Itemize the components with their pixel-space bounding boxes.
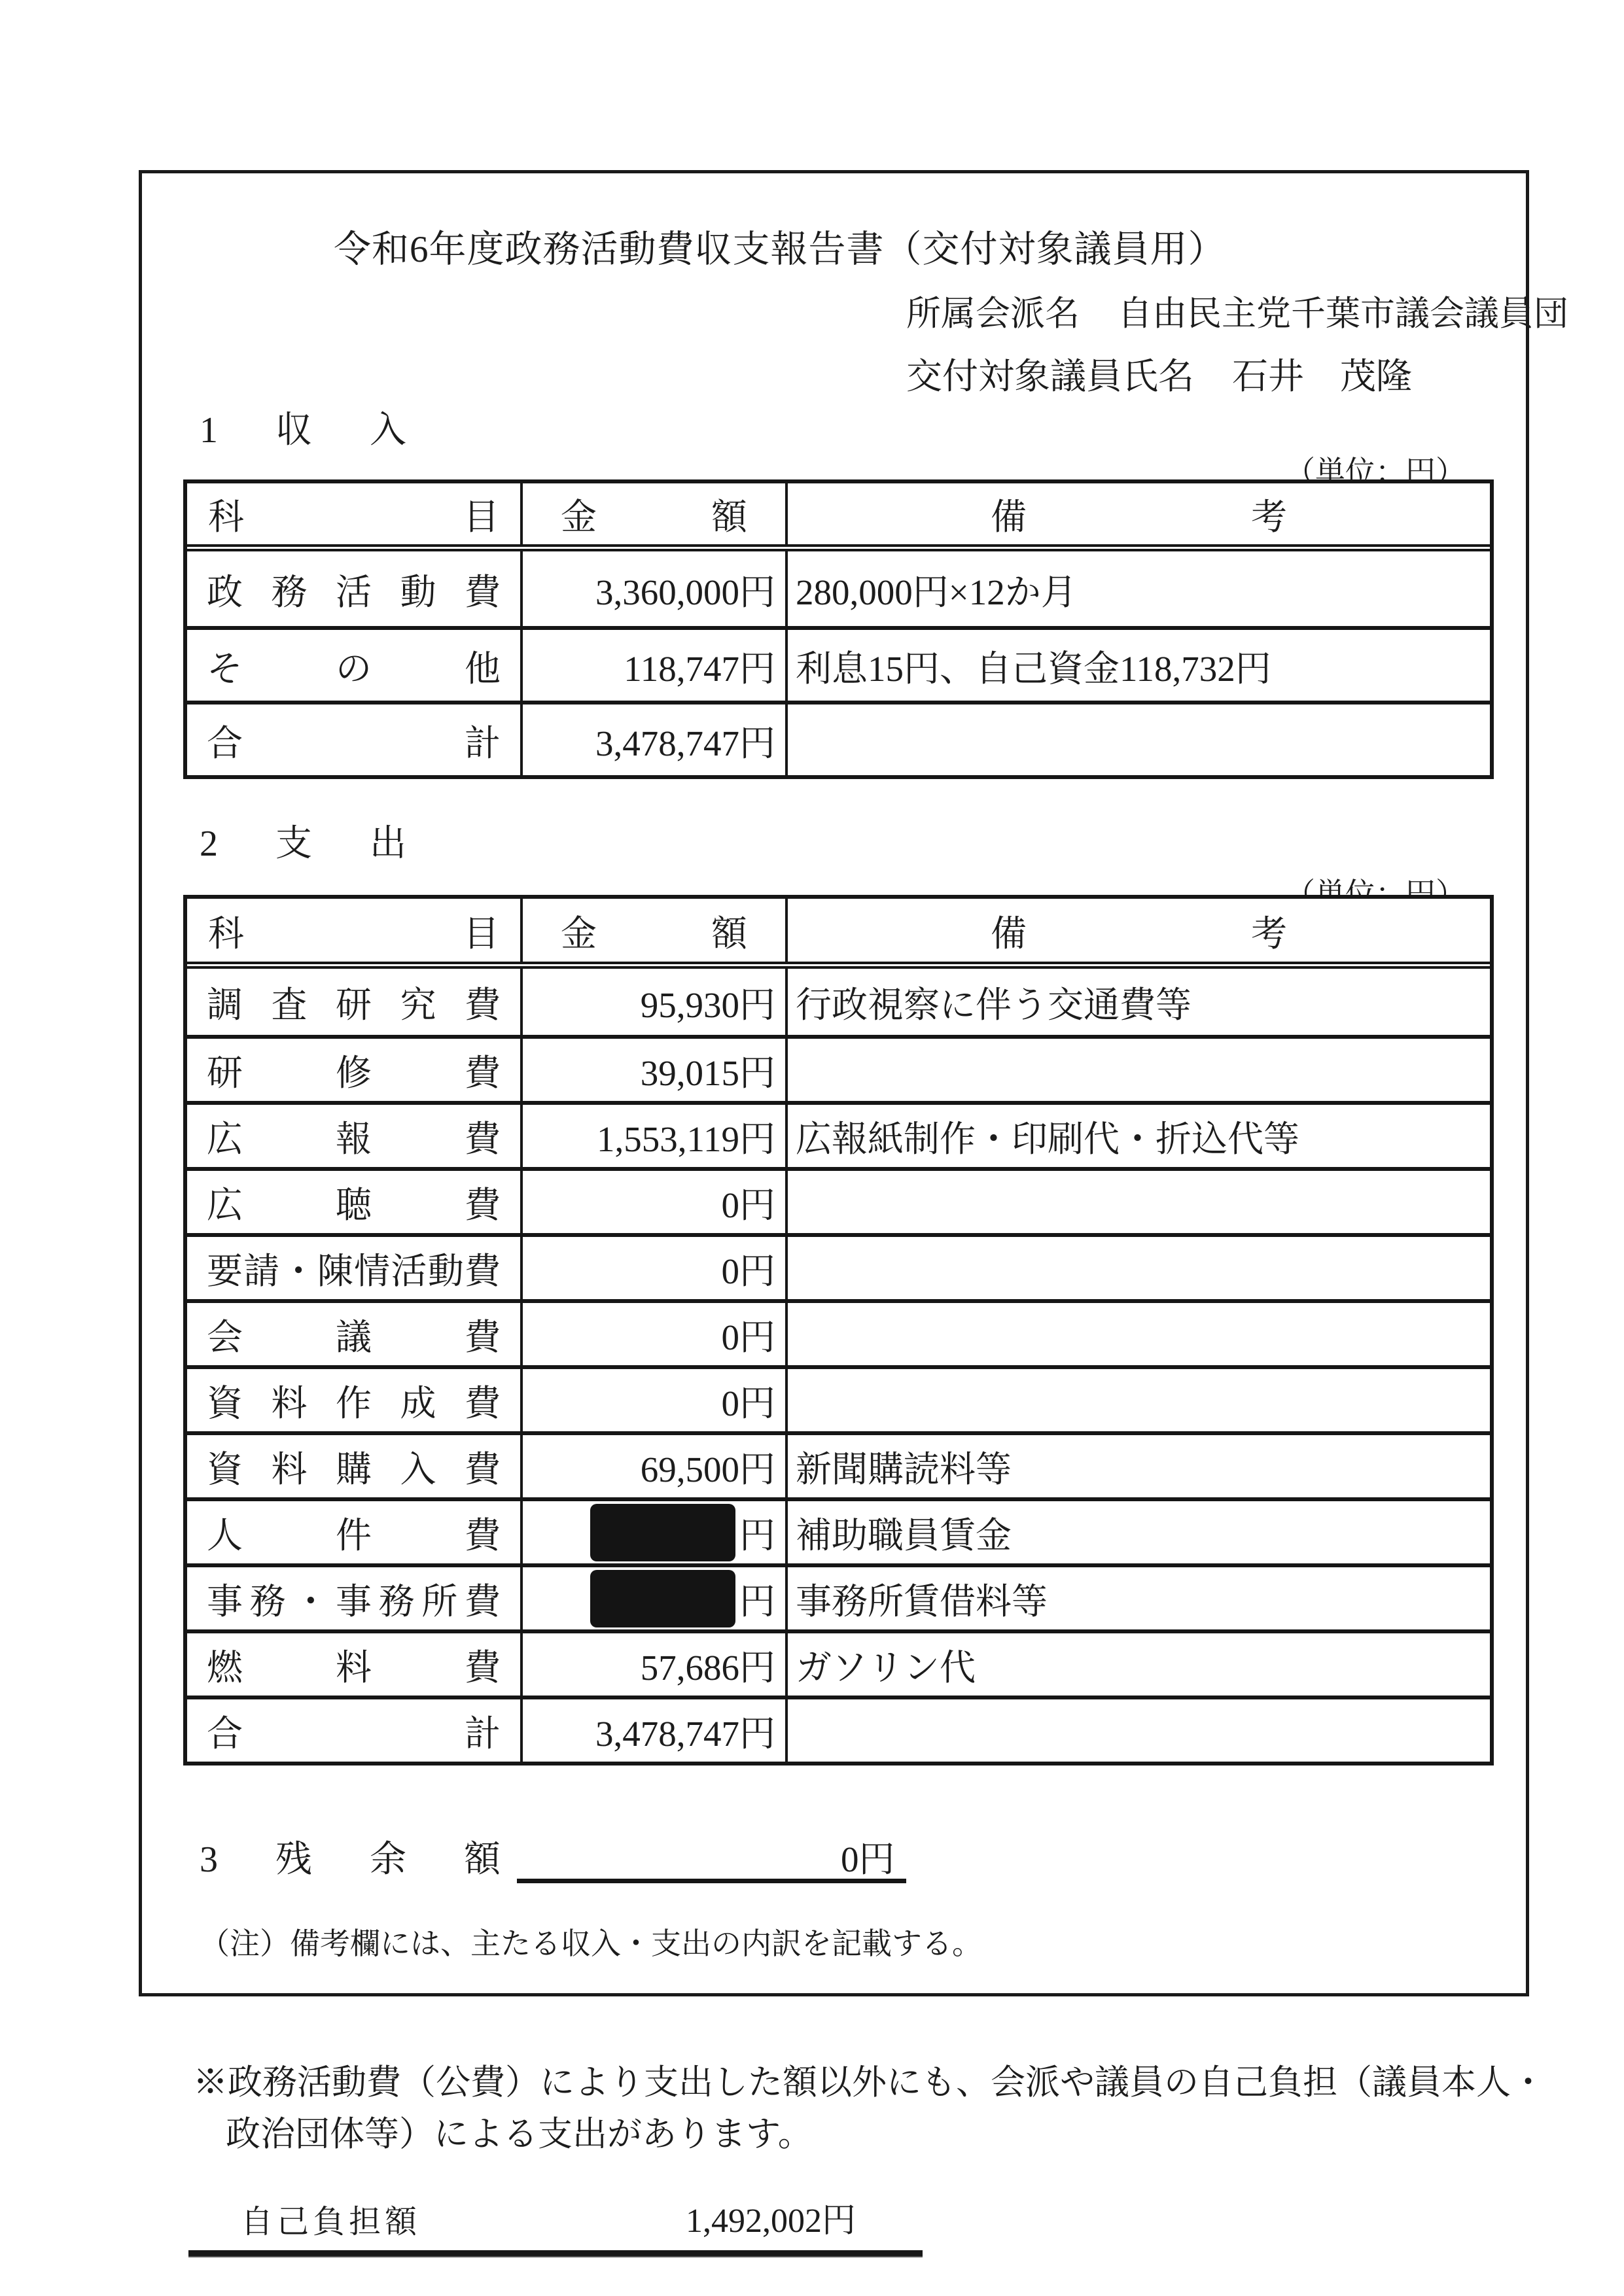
amount-cell-redacted: 円 xyxy=(523,1567,788,1629)
expense-row-total: 合計 3,478,747円 xyxy=(187,1696,1490,1762)
header-item-cell: 科目 xyxy=(187,899,523,962)
balance-underline xyxy=(517,1879,906,1883)
balance-value: 0円 xyxy=(841,1830,895,1882)
expense-row-personnel: 人件費 円 補助職員賃金 xyxy=(187,1497,1490,1563)
report-title: 令和6年度政務活動費収支報告書（交付対象議員用） xyxy=(334,219,1226,273)
note-cell: 補助職員賃金 xyxy=(788,1501,1490,1563)
report-border-box: 令和6年度政務活動費収支報告書（交付対象議員用） 所属会派名 自由民主党千葉市議… xyxy=(139,170,1529,1996)
income-table: 科目 金額 備考 政務活動費 3,360,000円 280,000円×12か月 … xyxy=(183,479,1494,779)
header-note-cell: 備考 xyxy=(788,899,1490,962)
note-cell: 行政視察に伴う交通費等 xyxy=(788,969,1490,1035)
faction-label: 所属会派名 xyxy=(906,286,1080,336)
note-cell xyxy=(788,1369,1490,1431)
amount-cell: 1,553,119円 xyxy=(523,1105,788,1167)
currency-suffix: 円 xyxy=(739,1573,775,1624)
expense-table: 科目 金額 備考 調査研究費 95,930円 行政視察に伴う交通費等 研修費 3… xyxy=(183,895,1494,1765)
item-cell: 政務活動費 xyxy=(187,551,523,626)
self-pay-underline xyxy=(188,2250,923,2257)
expense-row-hearing: 広聴費 0円 xyxy=(187,1167,1490,1233)
note-cell: 新聞購読料等 xyxy=(788,1435,1490,1497)
self-pay-value: 1,492,002円 xyxy=(686,2193,856,2242)
amount-cell: 0円 xyxy=(523,1171,788,1233)
self-pay-label: 自己負担額 xyxy=(241,2197,421,2242)
item-cell: その他 xyxy=(187,630,523,701)
item-cell: 資料購入費 xyxy=(187,1435,523,1497)
note-cell: 広報紙制作・印刷代・折込代等 xyxy=(788,1105,1490,1167)
income-row-seimukatsudohi: 政務活動費 3,360,000円 280,000円×12か月 xyxy=(187,551,1490,626)
faction-value: 自由民主党千葉市議会議員団 xyxy=(1118,286,1568,336)
note-cell xyxy=(788,1171,1490,1233)
item-cell: 広聴費 xyxy=(187,1171,523,1233)
item-cell: 研修費 xyxy=(187,1039,523,1101)
item-cell: 調査研究費 xyxy=(187,969,523,1035)
member-line: 交付対象議員氏名 石井 茂隆 xyxy=(906,347,1412,399)
currency-suffix: 円 xyxy=(739,1506,775,1558)
income-section-heading: 1 収 入 xyxy=(200,401,417,453)
expense-row-fuel: 燃料費 57,686円 ガソリン代 xyxy=(187,1629,1490,1696)
member-name-label: 交付対象議員氏名 xyxy=(906,347,1194,399)
note-cell: 利息15円、自己資金118,732円 xyxy=(788,630,1490,701)
remarks-note: （注）備考欄には、主たる収入・支出の内訳を記載する。 xyxy=(200,1920,982,1963)
expense-row-research: 調査研究費 95,930円 行政視察に伴う交通費等 xyxy=(187,969,1490,1035)
note-cell: 事務所賃借料等 xyxy=(788,1567,1490,1629)
amount-cell: 3,478,747円 xyxy=(523,1699,788,1762)
income-header-row: 科目 金額 備考 xyxy=(187,483,1490,551)
footnote-line-2: 政治団体等）による支出があります。 xyxy=(226,2109,1545,2161)
item-cell: 合計 xyxy=(187,704,523,775)
item-cell: 合計 xyxy=(187,1699,523,1762)
income-row-sonota: その他 118,747円 利息15円、自己資金118,732円 xyxy=(187,626,1490,701)
item-cell: 会議費 xyxy=(187,1303,523,1365)
member-name-value: 石井 茂隆 xyxy=(1232,347,1412,399)
amount-cell: 0円 xyxy=(523,1303,788,1365)
redaction-box xyxy=(590,1570,735,1627)
note-cell xyxy=(788,704,1490,775)
note-cell xyxy=(788,1699,1490,1762)
note-cell: ガソリン代 xyxy=(788,1633,1490,1696)
amount-cell: 3,360,000円 xyxy=(523,551,788,626)
amount-cell: 118,747円 xyxy=(523,630,788,701)
income-row-total: 合計 3,478,747円 xyxy=(187,701,1490,775)
footnote-line-1: ※政務活動費（公費）により支出した額以外にも、会派や議員の自己負担（議員本人・ xyxy=(193,2057,1545,2109)
expense-row-office: 事務・事務所費 円 事務所賃借料等 xyxy=(187,1563,1490,1629)
amount-cell: 69,500円 xyxy=(523,1435,788,1497)
balance-heading: 3 残 余 額 xyxy=(200,1830,511,1883)
balance-section: 3 残 余 額 0円 xyxy=(200,1830,1443,1876)
item-cell: 燃料費 xyxy=(187,1633,523,1696)
header-item-cell: 科目 xyxy=(187,483,523,544)
amount-cell: 39,015円 xyxy=(523,1039,788,1101)
expense-row-training: 研修費 39,015円 xyxy=(187,1035,1490,1101)
item-cell: 人件費 xyxy=(187,1501,523,1563)
amount-cell: 57,686円 xyxy=(523,1633,788,1696)
expense-row-pr: 広報費 1,553,119円 広報紙制作・印刷代・折込代等 xyxy=(187,1101,1490,1167)
expense-header-row: 科目 金額 備考 xyxy=(187,899,1490,969)
amount-cell: 0円 xyxy=(523,1237,788,1299)
header-note-cell: 備考 xyxy=(788,483,1490,544)
item-cell: 広報費 xyxy=(187,1105,523,1167)
self-burden-footnote: ※政務活動費（公費）により支出した額以外にも、会派や議員の自己負担（議員本人・ … xyxy=(193,2057,1545,2161)
item-cell: 事務・事務所費 xyxy=(187,1567,523,1629)
scanned-report-page: 令和6年度政務活動費収支報告書（交付対象議員用） 所属会派名 自由民主党千葉市議… xyxy=(0,0,1624,2296)
amount-cell: 95,930円 xyxy=(523,969,788,1035)
header-amount-cell: 金額 xyxy=(523,899,788,962)
amount-cell: 3,478,747円 xyxy=(523,704,788,775)
faction-line: 所属会派名 自由民主党千葉市議会議員団 xyxy=(906,286,1568,336)
note-cell xyxy=(788,1039,1490,1101)
expense-section-heading: 2 支 出 xyxy=(200,814,417,867)
item-cell: 要請・陳情活動費 xyxy=(187,1237,523,1299)
redaction-box xyxy=(590,1504,735,1561)
expense-row-petition: 要請・陳情活動費 0円 xyxy=(187,1233,1490,1299)
amount-cell-redacted: 円 xyxy=(523,1501,788,1563)
header-amount-cell: 金額 xyxy=(523,483,788,544)
note-cell xyxy=(788,1237,1490,1299)
expense-row-meeting: 会議費 0円 xyxy=(187,1299,1490,1365)
expense-row-material-purchase: 資料購入費 69,500円 新聞購読料等 xyxy=(187,1431,1490,1497)
amount-cell: 0円 xyxy=(523,1369,788,1431)
note-cell xyxy=(788,1303,1490,1365)
item-cell: 資料作成費 xyxy=(187,1369,523,1431)
note-cell: 280,000円×12か月 xyxy=(788,551,1490,626)
expense-row-material-creation: 資料作成費 0円 xyxy=(187,1365,1490,1431)
